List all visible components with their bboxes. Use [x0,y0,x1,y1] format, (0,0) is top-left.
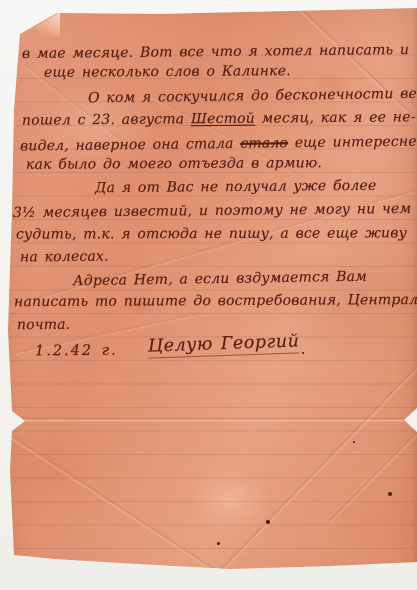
paper-speck [353,441,355,443]
handwritten-line: почта. [17,317,71,333]
handwritten-line: как было до моего отъезда в армию. [26,155,322,173]
line-segment: видел, наверное она стала [20,136,240,155]
handwritten-line: написать то пишите до востребования, Цен… [14,292,417,310]
line-segment: месяц, как я ее не- [255,109,416,126]
paper-speck [388,492,392,496]
letter-paper: в мае месяце. Вот все что я хотел написа… [0,0,417,590]
fold-crease-main-horizontal [13,418,406,421]
paper-speck [266,520,270,524]
line-segment: еще интереснее- [288,133,417,151]
handwritten-line: пошел с 23. августа Шестой месяц, как я … [22,109,416,128]
handwritten-line: судить, т.к. я отсюда не пишу, а все еще… [16,225,407,242]
paper-speck [302,352,304,354]
paper-speck [217,542,220,545]
crossed-out-word: стало [240,135,288,152]
handwritten-line: на колесах. [20,248,109,265]
line-segment: пошел с 23. августа [22,111,191,128]
handwritten-line: еще несколько слов о Калинке. [44,63,291,81]
folded-corner [20,12,60,36]
handwritten-line: Да я от Вас не получал уже более [95,178,377,196]
scan-background: в мае месяце. Вот все что я хотел написа… [0,0,417,590]
letter-date: 1.2.42 г. [35,343,118,360]
underlined-word: Шестой [191,111,255,128]
